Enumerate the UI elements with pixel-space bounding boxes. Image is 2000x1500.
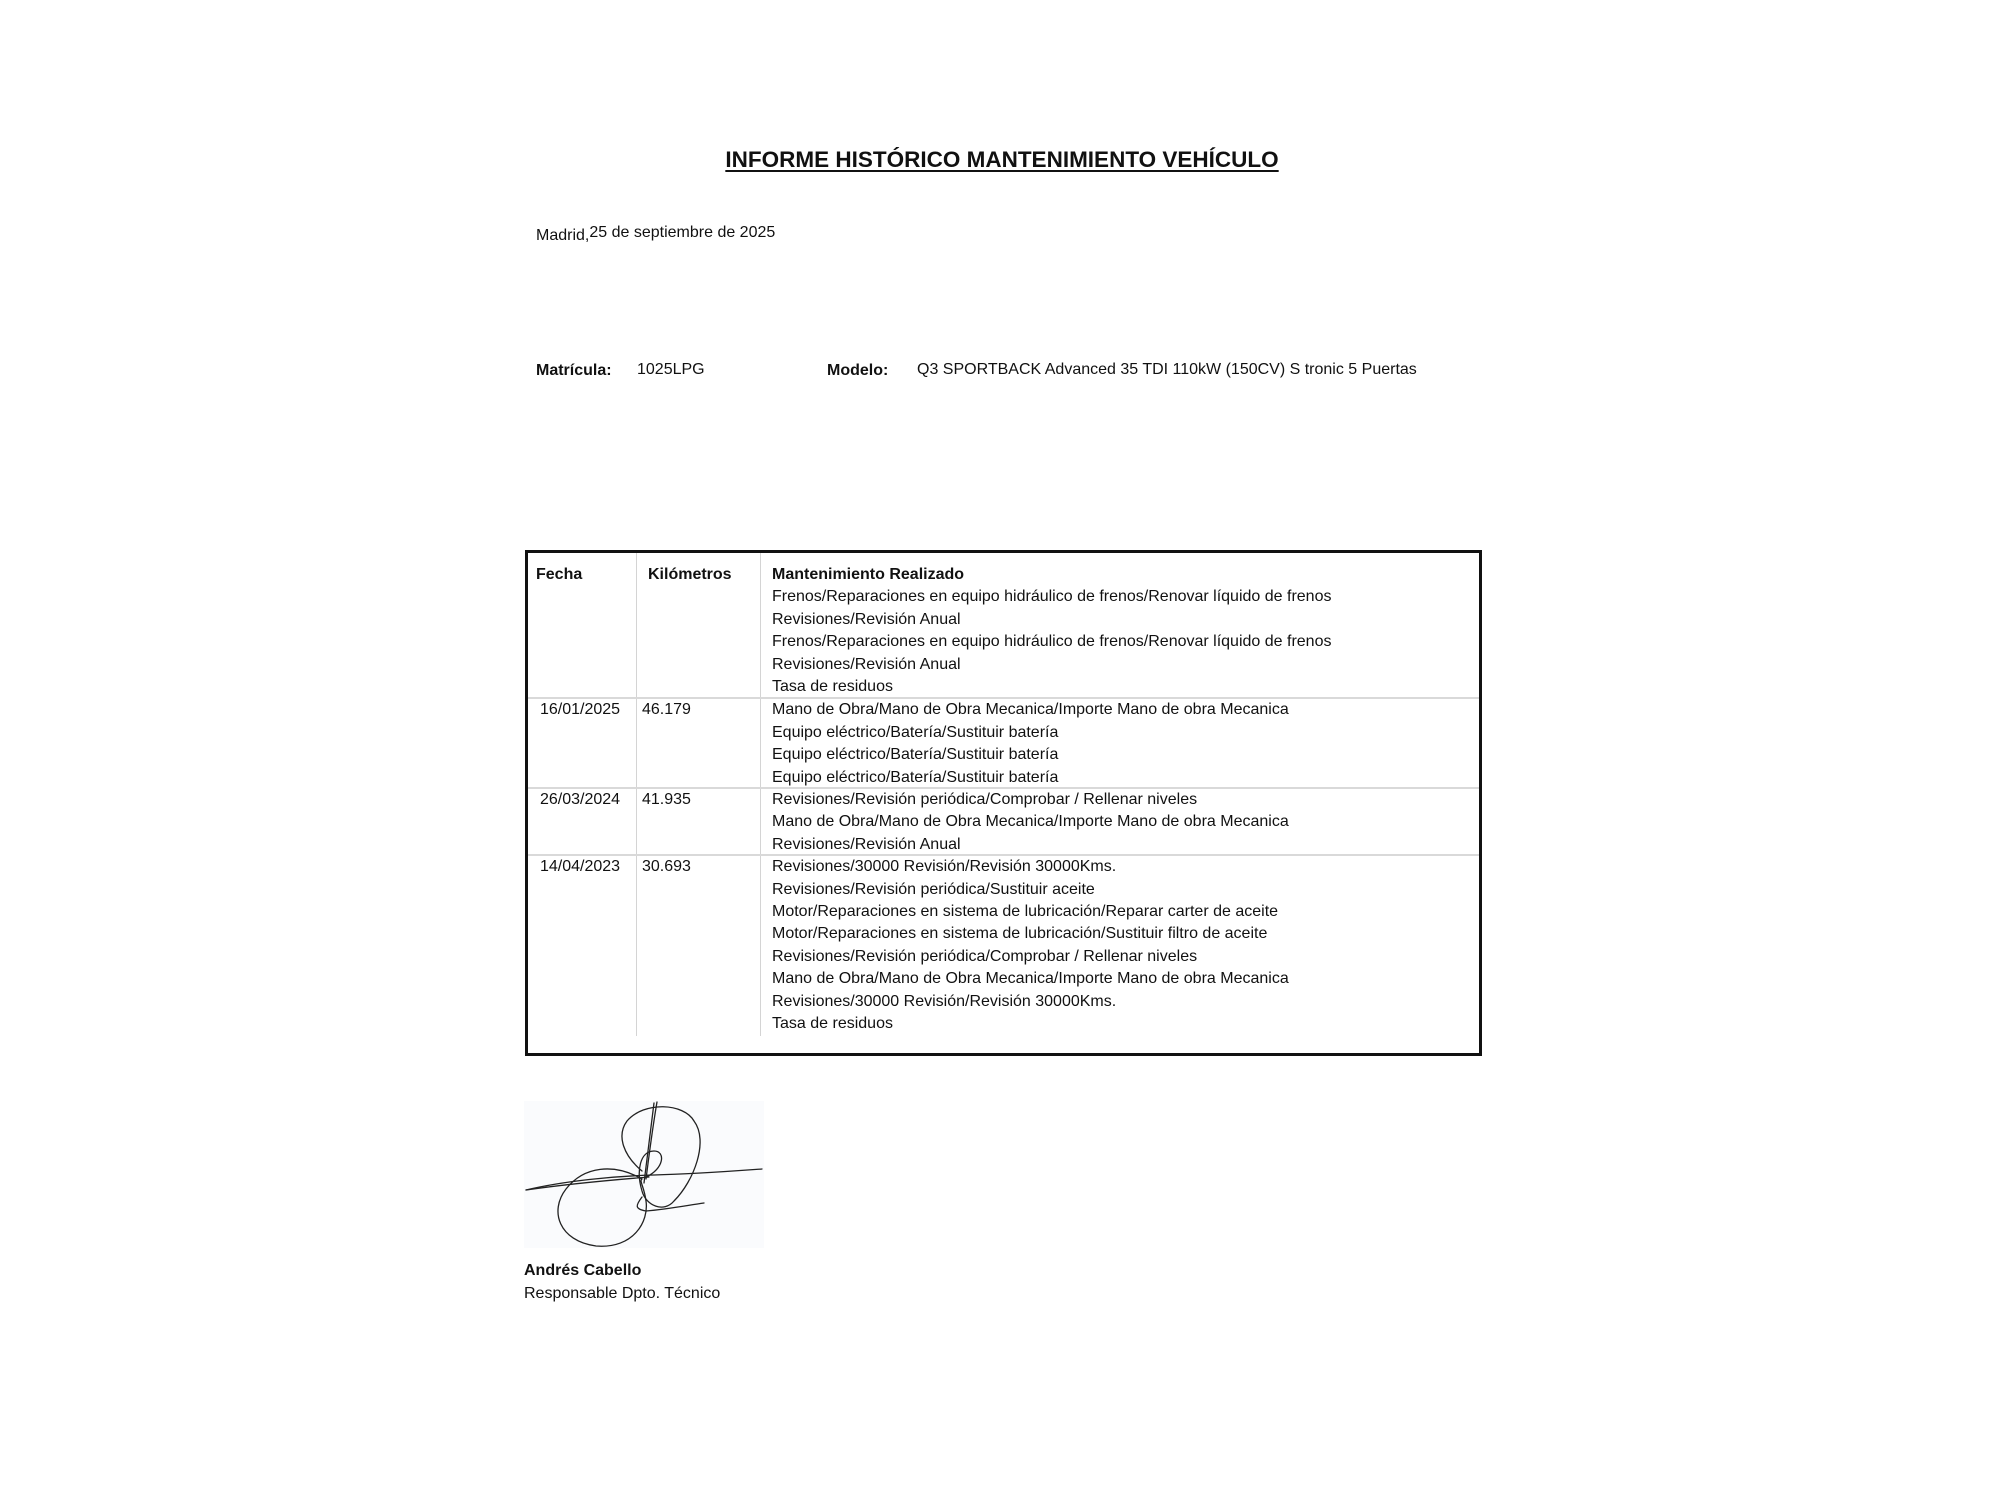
header-fecha: Fecha [536, 564, 582, 586]
cell-kilometros: 30.693 [642, 856, 691, 878]
document-title: INFORME HISTÓRICO MANTENIMIENTO VEHÍCULO [0, 147, 2000, 173]
place: Madrid, [536, 227, 589, 244]
cell-mantenimiento: Revisiones/30000 Revisión/Revisión 30000… [772, 856, 1289, 1035]
maintenance-item: Equipo eléctrico/Batería/Sustituir bater… [772, 722, 1289, 744]
maintenance-item: Revisiones/Revisión periódica/Comprobar … [772, 789, 1289, 811]
maintenance-item: Mano de Obra/Mano de Obra Mecanica/Impor… [772, 699, 1289, 721]
signer-name: Andrés Cabello [524, 1262, 641, 1280]
header-mantenimiento-label: Mantenimiento Realizado [772, 564, 1331, 586]
plate-value: 1025LPG [637, 361, 705, 379]
cell-fecha: 14/04/2023 [540, 856, 620, 878]
maintenance-table: Fecha Kilómetros Mantenimiento Realizado… [525, 550, 1482, 1056]
header-items: Frenos/Reparaciones en equipo hidráulico… [772, 586, 1331, 698]
maintenance-item: Revisiones/Revisión Anual [772, 609, 1331, 631]
maintenance-item: Mano de Obra/Mano de Obra Mecanica/Impor… [772, 968, 1289, 990]
maintenance-item: Tasa de residuos [772, 676, 1331, 698]
header-mantenimiento: Mantenimiento Realizado Frenos/Reparacio… [772, 564, 1331, 698]
model-label: Modelo: [827, 362, 888, 380]
cell-kilometros: 46.179 [642, 699, 691, 721]
column-divider [760, 553, 761, 1036]
cell-mantenimiento: Revisiones/Revisión periódica/Comprobar … [772, 789, 1289, 856]
header-kilometros: Kilómetros [648, 564, 732, 586]
cell-fecha: 26/03/2024 [540, 789, 620, 811]
maintenance-item: Revisiones/30000 Revisión/Revisión 30000… [772, 856, 1289, 878]
document-title-text: INFORME HISTÓRICO MANTENIMIENTO VEHÍCULO [725, 147, 1278, 172]
maintenance-item: Motor/Reparaciones en sistema de lubrica… [772, 923, 1289, 945]
cell-kilometros: 41.935 [642, 789, 691, 811]
maintenance-item: Frenos/Reparaciones en equipo hidráulico… [772, 586, 1331, 608]
maintenance-item: Motor/Reparaciones en sistema de lubrica… [772, 901, 1289, 923]
column-divider [636, 553, 637, 1036]
maintenance-item: Equipo eléctrico/Batería/Sustituir bater… [772, 744, 1289, 766]
maintenance-item: Tasa de residuos [772, 1013, 1289, 1035]
signer-role: Responsable Dpto. Técnico [524, 1285, 720, 1303]
maintenance-item: Revisiones/Revisión periódica/Sustituir … [772, 879, 1289, 901]
maintenance-item: Frenos/Reparaciones en equipo hidráulico… [772, 631, 1331, 653]
maintenance-item: Equipo eléctrico/Batería/Sustituir bater… [772, 767, 1289, 789]
date: 25 de septiembre de 2025 [589, 224, 775, 241]
cell-mantenimiento: Mano de Obra/Mano de Obra Mecanica/Impor… [772, 699, 1289, 789]
signature-image [524, 1101, 764, 1248]
signature-scribble-icon [524, 1101, 764, 1248]
plate-label: Matrícula: [536, 362, 612, 380]
maintenance-item: Revisiones/Revisión periódica/Comprobar … [772, 946, 1289, 968]
maintenance-item: Revisiones/Revisión Anual [772, 834, 1289, 856]
place-date: Madrid,25 de septiembre de 2025 [536, 224, 775, 242]
model-value: Q3 SPORTBACK Advanced 35 TDI 110kW (150C… [917, 361, 1417, 379]
maintenance-item: Mano de Obra/Mano de Obra Mecanica/Impor… [772, 811, 1289, 833]
maintenance-item: Revisiones/30000 Revisión/Revisión 30000… [772, 991, 1289, 1013]
maintenance-item: Revisiones/Revisión Anual [772, 654, 1331, 676]
cell-fecha: 16/01/2025 [540, 699, 620, 721]
